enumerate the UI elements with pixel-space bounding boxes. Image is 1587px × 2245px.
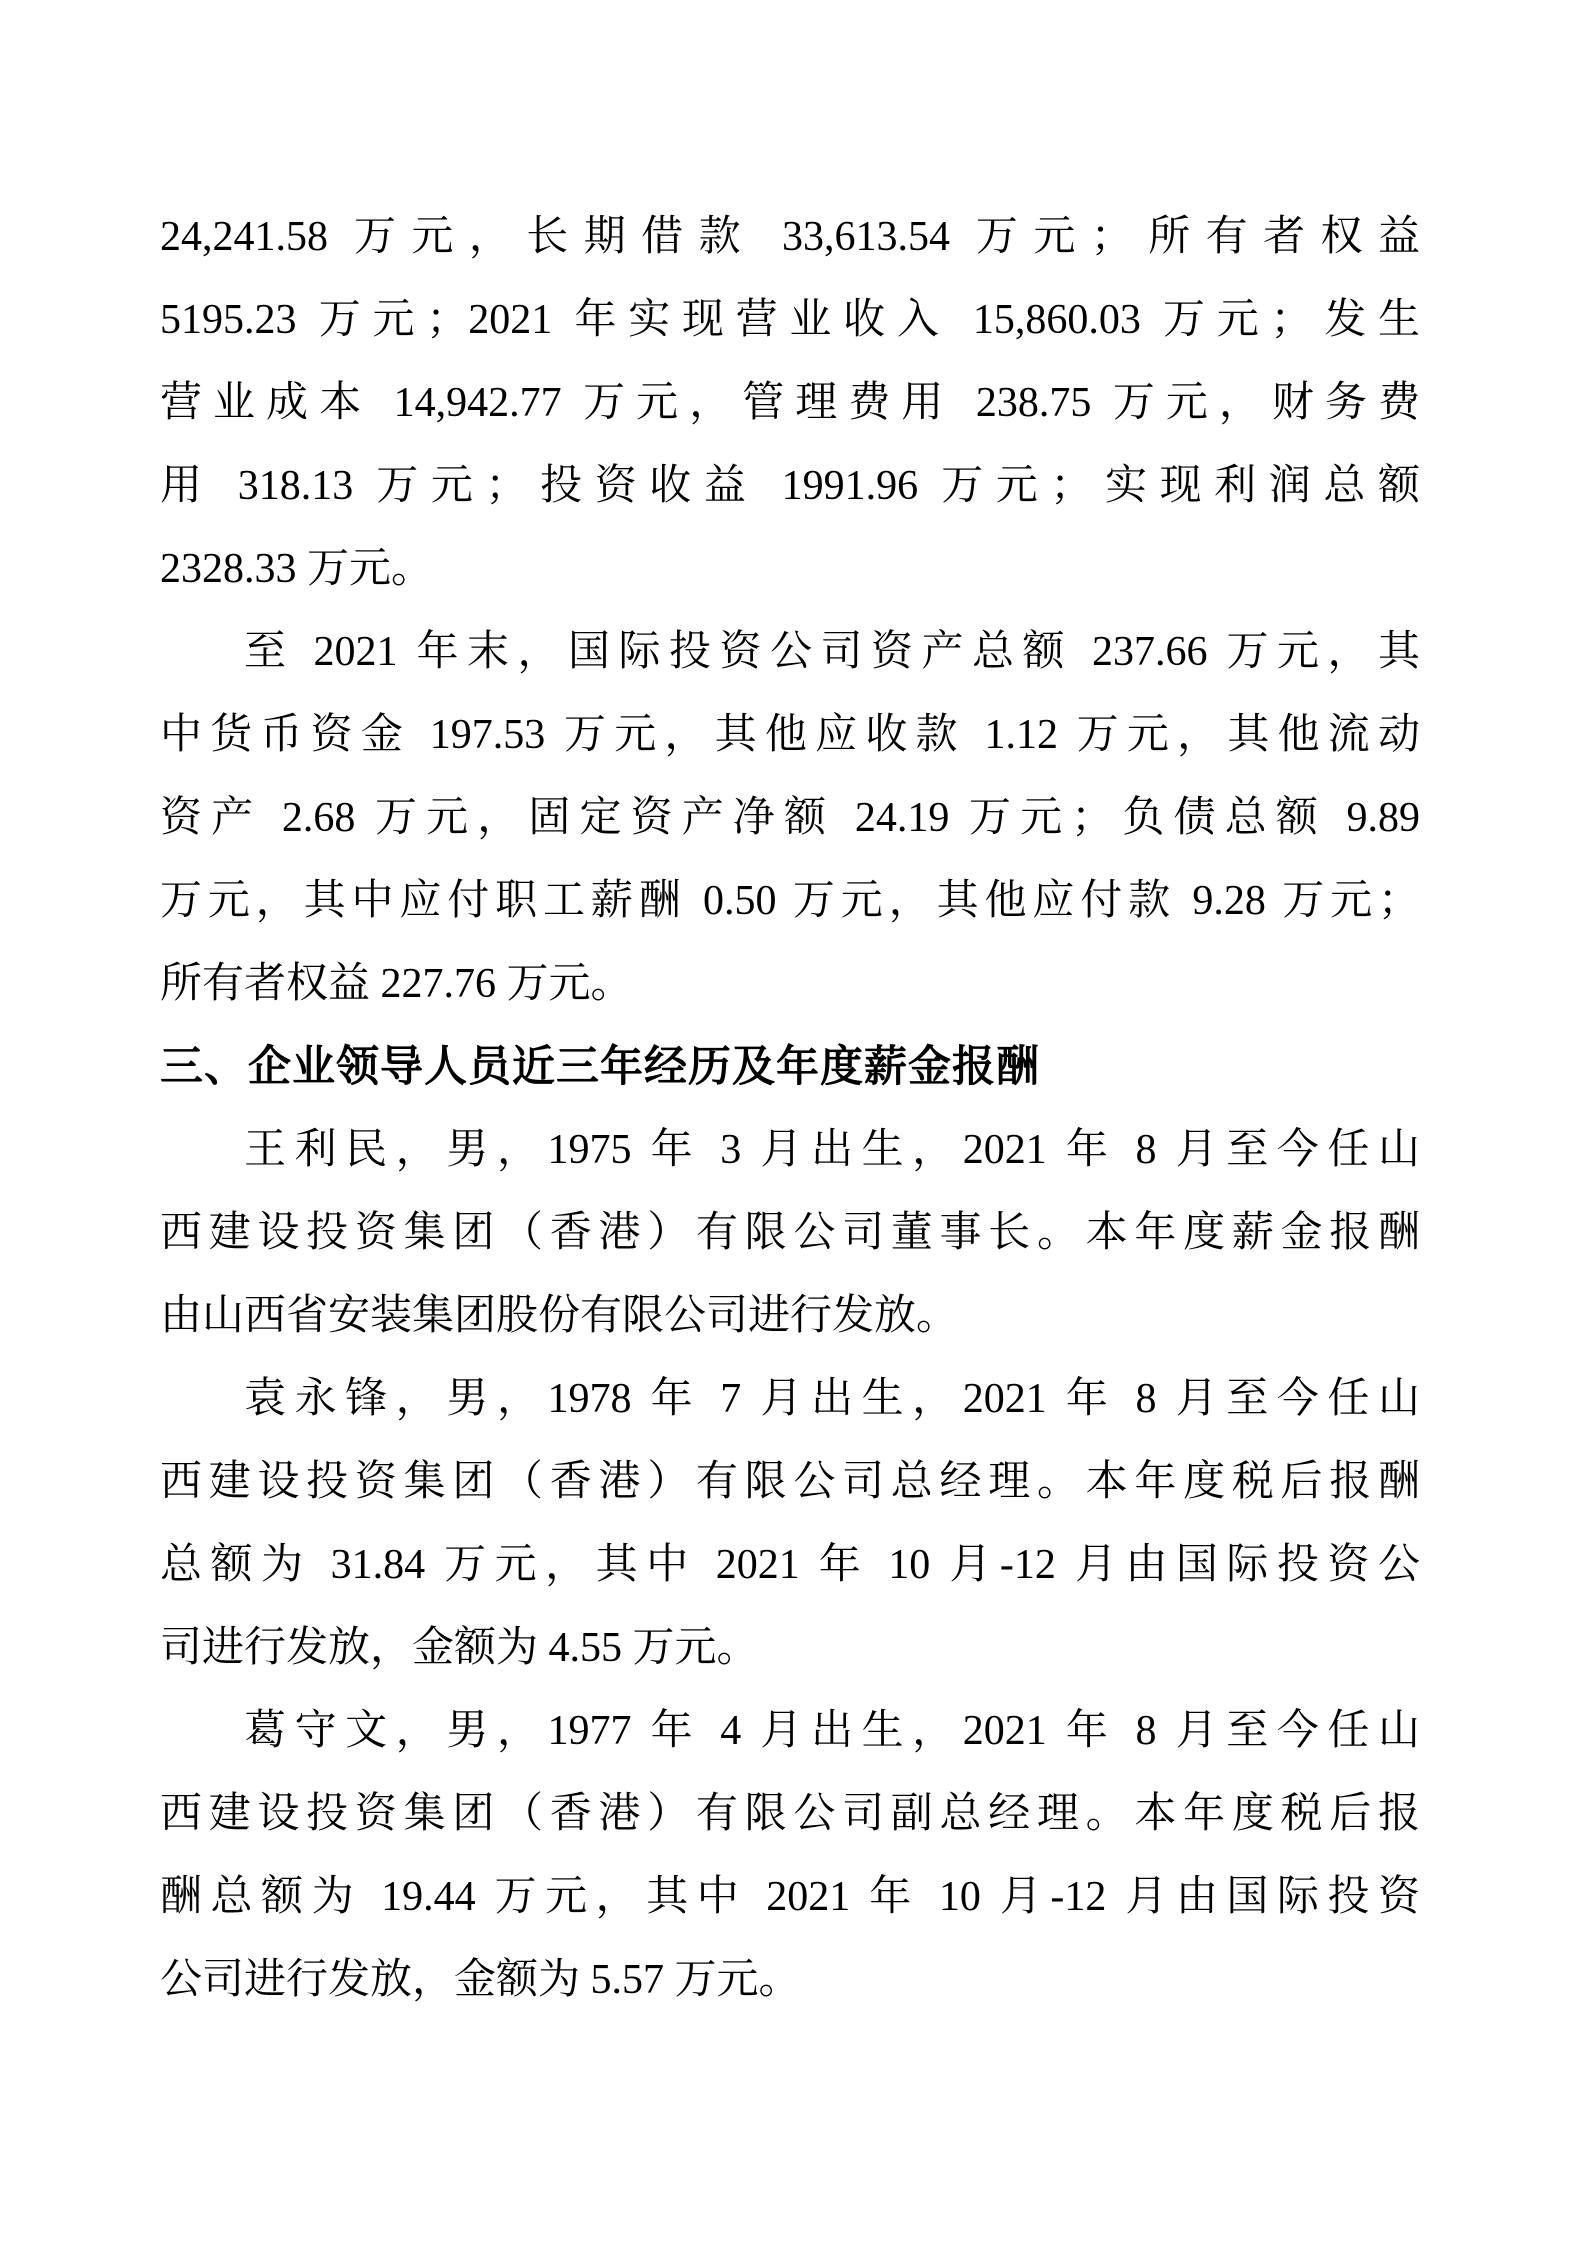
text-line: 2328.33 万元。 (160, 528, 1420, 611)
text-line: 酬总额为 19.44 万元，其中 2021 年 10 月-12 月由国际投资 (160, 1856, 1420, 1939)
text-line: 营业成本 14,942.77 万元，管理费用 238.75 万元，财务费 (160, 362, 1420, 445)
text-line: 西建设投资集团（香港）有限公司总经理。本年度税后报酬 (160, 1441, 1420, 1524)
text-line: 5195.23 万元；2021 年实现营业收入 15,860.03 万元；发生 (160, 279, 1420, 362)
text-line: 王利民，男，1975 年 3 月出生，2021 年 8 月至今任山 (160, 1109, 1420, 1192)
text-line: 24,241.58 万元，长期借款 33,613.54 万元；所有者权益 (160, 196, 1420, 279)
text-line: 总额为 31.84 万元，其中 2021 年 10 月-12 月由国际投资公 (160, 1524, 1420, 1607)
paragraph-wang-limin: 王利民，男，1975 年 3 月出生，2021 年 8 月至今任山 西建设投资集… (160, 1109, 1420, 1358)
text-line: 所有者权益 227.76 万元。 (160, 943, 1420, 1026)
text-line: 用 318.13 万元；投资收益 1991.96 万元；实现利润总额 (160, 445, 1420, 528)
text-line: 西建设投资集团（香港）有限公司董事长。本年度薪金报酬 (160, 1192, 1420, 1275)
text-line: 葛守文，男，1977 年 4 月出生，2021 年 8 月至今任山 (160, 1690, 1420, 1773)
text-line: 至 2021 年末，国际投资公司资产总额 237.66 万元，其 (160, 611, 1420, 694)
paragraph-ge-shouwen: 葛守文，男，1977 年 4 月出生，2021 年 8 月至今任山 西建设投资集… (160, 1690, 1420, 2022)
paragraph-intl-investment-company: 至 2021 年末，国际投资公司资产总额 237.66 万元，其 中货币资金 1… (160, 611, 1420, 1026)
text-line: 由山西省安装集团股份有限公司进行发放。 (160, 1275, 1420, 1358)
text-line: 中货币资金 197.53 万元，其他应收款 1.12 万元，其他流动 (160, 694, 1420, 777)
text-line: 万元，其中应付职工薪酬 0.50 万元，其他应付款 9.28 万元； (160, 860, 1420, 943)
section-3-heading: 三、企业领导人员近三年经历及年度薪金报酬 (160, 1026, 1420, 1109)
paragraph-yuan-yongfeng: 袁永锋，男，1978 年 7 月出生，2021 年 8 月至今任山 西建设投资集… (160, 1358, 1420, 1690)
text-line: 西建设投资集团（香港）有限公司副总经理。本年度税后报 (160, 1773, 1420, 1856)
paragraph-financials-group: 24,241.58 万元，长期借款 33,613.54 万元；所有者权益 519… (160, 196, 1420, 611)
text-line: 资产 2.68 万元，固定资产净额 24.19 万元；负债总额 9.89 (160, 777, 1420, 860)
text-line: 公司进行发放，金额为 5.57 万元。 (160, 1939, 1420, 2022)
text-line: 司进行发放，金额为 4.55 万元。 (160, 1607, 1420, 1690)
document-page: 24,241.58 万元，长期借款 33,613.54 万元；所有者权益 519… (0, 0, 1587, 2245)
text-line: 袁永锋，男，1978 年 7 月出生，2021 年 8 月至今任山 (160, 1358, 1420, 1441)
